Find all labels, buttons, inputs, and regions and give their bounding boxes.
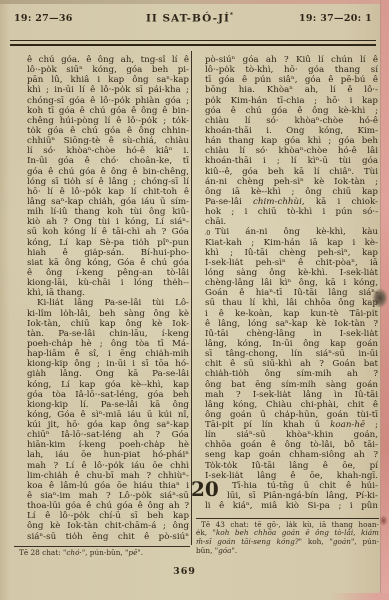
text-line: i ê ke-koàn, kap kun-tè Tāi-pi̍t <box>205 309 378 319</box>
text-line: 38khoán-thāi i. Ông kóng, Kim- <box>205 126 378 136</box>
verse-text: tī góa ê pún siâⁿ, góa ê pē-bú ê <box>205 75 378 85</box>
verse-text: poeh-cha̍p hè ; ông tòa tī Má- <box>27 339 189 349</box>
verse-text: Kiat-kah ; Kim-hán iā kap i kè- <box>205 238 378 248</box>
text-line: kúi ji̍t, hō· góa kap ông saⁿ-kap <box>27 420 189 430</box>
text-run: 19 <box>14 13 28 24</box>
text-run: m̄-sī goán tāi-seng kóng? <box>196 538 299 546</box>
text-line: ê ông í-keng pêng-an tò-lâi <box>27 268 189 278</box>
right-text-column: 20 37pò-siúⁿ góa ah ? Kiû lí chún lí êlô… <box>205 55 378 511</box>
text-line: chia̍h-tio̍h ông sím-mi̍h ah ? <box>205 369 378 379</box>
verse-text: chia̍h-tio̍h ông sím-mi̍h ah ? <box>205 369 378 379</box>
text-run: chó· <box>66 549 82 557</box>
text-line: To̍k-to̍k Iû-tāi lâng ê ōe, pí <box>205 461 378 471</box>
text-line: chiàu lí só· khòaⁿ-chòe hó-ê <box>205 116 378 126</box>
verse-text: kiong-kip ông ; in-ūi i sī tōa hó- <box>27 359 189 369</box>
text-line: ông iā kè--khì ; ông chiū kap <box>205 187 378 197</box>
verse-text: seng kap goán chham-siông ah ? <box>205 450 378 460</box>
text-run: , kā i chiok- <box>302 197 378 207</box>
text-run: 19 <box>299 13 313 24</box>
text-line: kóng, Góa ê sìⁿ-miā iáu ū kúi nî, <box>27 410 189 420</box>
verse-text: kóng, Lí kap Sè-pa tio̍h pîⁿ-pun <box>27 238 189 248</box>
text-run: Tē 28 chat: " <box>19 549 66 557</box>
text-line: Í-sek-lia̍t peh-sìⁿ ê chit-pòaⁿ, iā <box>205 258 378 268</box>
text-line: ông kè Iok-tàn chit-chām-á ; ông <box>27 521 189 531</box>
text-line: chèng-lâng lâi kìⁿ ông, kā i kóng, <box>205 278 378 288</box>
verse-text: chêng húi-pòng lí ê lô·-po̍k ; to̍k- <box>27 116 189 126</box>
text-line: kiong-kip ông ; in-ūi i sī tōa hó- <box>27 359 189 369</box>
text-line: 33gia̍h lâng. Ông kā Pa-se-lâi <box>27 369 189 379</box>
text-line: ông goán ū cha̍p-hūn, goán tùi-tī <box>205 410 378 420</box>
text-line: lâng kóng, Chiàu chi-phài, chit ê <box>205 400 378 410</box>
verse-text: góa tòa Iâ-lō·-sat-léng, góa beh <box>27 390 189 400</box>
footnote-line: e̍k, "koh beh chhōa goán ê ông tò-lâi, k… <box>196 529 379 538</box>
verse-text: hap-liām ê sî, i ēng chia̍h-mi̍h <box>27 349 189 359</box>
text-line: Tī-hia tú-tn̄g ū chi̍t ê húi- <box>205 481 378 491</box>
text-line: sū thau lí khì, lâi chhōa ông kap <box>205 298 378 308</box>
text-line: kóng, Lí kap góa kè--khì, kap <box>27 380 189 390</box>
text-line: Pa-se-lâi chim-chhùi, kā i chiok- <box>205 197 378 207</box>
text-run: ". <box>232 547 238 555</box>
text-line: khì ; Iû-tāi chèng peh-sìⁿ, kap <box>205 248 378 258</box>
page-number: 369 <box>0 566 369 577</box>
verse-text: In-ūi góa ê chó· choân-ke, tī <box>27 156 189 166</box>
text-line: sū koh kóng lí ê tāi-chì ah ? Góa <box>27 227 189 237</box>
text-line: 29kiò ah ? Ông tùi i kóng, Lí siáⁿ- <box>27 217 189 227</box>
text-line: lah, iáu ōe hun-piat hó-pháiⁿ <box>27 450 189 460</box>
verse-text: po̍k Kim-hán tī-chia ; hō· i kap <box>205 96 378 106</box>
verse-text: chèng-lâng lâi kìⁿ ông, kā i kóng, <box>205 278 378 288</box>
verse-text: lâng, kóng, In-ūi ông kap goán <box>205 339 378 349</box>
text-line: pān lû, khiâ i kap ông saⁿ-kap <box>27 75 189 85</box>
text-line: hap-liām ê sî, i ēng chia̍h-mi̍h <box>27 349 189 359</box>
verse-text: Tùi án-ni ông kè-khì, kàu <box>215 227 378 237</box>
text-line: ê lâng, lóng saⁿ-kap kè Iok-tàn ? <box>205 319 378 329</box>
text-line: poeh-cha̍p hè ; ông tòa tī Má- <box>27 339 189 349</box>
verse-text: góa ê chú góa ê ông ê bin-chêng, <box>27 167 189 177</box>
text-line: chhōa goán ê ông tò-lâi, bô tāi- <box>205 440 378 450</box>
text-line: góa tòa Iâ-lō·-sat-léng, góa beh <box>27 390 189 400</box>
text-line: 32tàn. Pa-se-lâi chin-lāu, í-keng <box>27 329 189 339</box>
text-line: li ê kiáⁿ, miâ kiò Si-pa ; i pûn <box>205 501 378 511</box>
text-line: bōng hia. Khòaⁿ ah, lí ê lô·- <box>205 85 378 95</box>
text-run: koan-hē <box>330 420 365 430</box>
right-footnote: Tē 43 chat: tē gō·, la̍k kù, iā thang ho… <box>196 518 379 556</box>
text-run: goán <box>333 538 351 546</box>
page-edge-top-tint <box>0 0 389 4</box>
text-run: ", pún- <box>351 538 379 546</box>
text-line: thoa-lūi góa ê chú góa ê ông ah ? <box>27 501 189 511</box>
verse-text: kúi ji̍t, hō· góa kap ông saⁿ-kap <box>27 420 189 430</box>
verse-text: khoán-thāi i. Ông kóng, Kim- <box>205 126 378 136</box>
text-line: 30hiah ê gia̍p-sán. Bí-hui-pho- <box>27 248 189 258</box>
verse-text: Lí ê lô·-po̍k chí-ū sī beh kap <box>27 511 189 521</box>
verse-text: khoán-thāi i ; lí kìⁿ-ū tùi góa <box>205 156 378 166</box>
verse-text: sū thau lí khì, lâi chhōa ông kap <box>205 298 378 308</box>
text-line: ki-lîm lo̍h-lâi, beh sàng ông kè <box>27 309 189 319</box>
text-line: 41lóng sàng ông kè-khì. Í-sek-lia̍t <box>205 268 378 278</box>
text-line: kiong-lāi, kù-chāi i lóng the̍h-- <box>27 278 189 288</box>
verse-text: lâng kóng, Chiàu chi-phài, chit ê <box>205 400 378 410</box>
verse-text: tàn. Pa-se-lâi chin-lāu, í-keng <box>27 329 189 339</box>
verse-text: ông iā kè--khì ; ông chiū kap <box>205 187 378 197</box>
text-run: Pa-se-lâi <box>205 197 253 207</box>
header-right-verse-range: 19: 37—20: 1 <box>299 13 372 24</box>
book-title-text: II SAT-BÓ-JÍ <box>146 13 230 25</box>
verse-text: ông goán ū cha̍p-hūn, goán tùi-tī <box>205 410 378 420</box>
verse-text: chāi. <box>205 217 226 227</box>
text-line: 35chiūⁿ Iâ-lō·-sat-léng ah ? Góa <box>27 430 189 440</box>
page-title: II SAT-BÓ-JÍ* <box>60 12 319 25</box>
verse-text: kiò ah ? Ông tùi i kóng, Lí siáⁿ- <box>27 217 189 227</box>
footnote-line: m̄-sī goán tāi-seng kóng?" koh, "goán", … <box>196 538 379 547</box>
text-line: po̍k Kim-hán tī-chia ; hō· i kap <box>205 96 378 106</box>
text-line: chāi. <box>205 217 378 227</box>
footnote-line: Tē 43 chat: tē gō·, la̍k kù, iā thang ho… <box>196 521 379 530</box>
verse-text: ki-lîm lo̍h-lâi, beh sàng ông kè <box>27 309 189 319</box>
verse-text: hán thang kap góa khì ; góa beh <box>205 136 378 146</box>
text-line: 37pò-siúⁿ góa ah ? Kiû lí chún lí ê <box>205 55 378 65</box>
header-double-rule <box>10 40 376 46</box>
verse-text: thoa-lūi góa ê chú góa ê ông ah ? <box>27 501 189 511</box>
verse-text: ê chú góa. ê ông ah, tng-sî lí ê <box>27 55 189 65</box>
verse-text: án-ni chèng peh-sìⁿ kè Iok-tàn ; <box>205 177 378 187</box>
title-footnote-mark: * <box>230 12 233 19</box>
text-line: hiān-kim í-keng poeh-cha̍p hè <box>27 440 189 450</box>
verse-text: sū koh kóng lí ê tāi-chì ah ? Góa <box>27 227 189 237</box>
verse-text: kiong-lāi, kù-chāi i lóng the̍h-- <box>27 278 189 288</box>
verse-text: góa ê chú góa ê ông kè-khì ; <box>205 106 378 116</box>
text-line: lín siáⁿ-sū khòaⁿ-khin goán, <box>205 430 378 440</box>
text-line: hō· lí ê lô·-po̍k kap lí chit-toh ê <box>27 187 189 197</box>
verse-text: i ê ke-koàn, kap kun-tè Tāi-pi̍t <box>205 309 378 319</box>
verse-text: chóng-sī góa ê lô·-po̍k phiàn góa ; <box>27 96 189 106</box>
text-line: seng kap goán chham-siông ah ? <box>205 450 378 460</box>
verse-text: Í-sek-lia̍t peh-sìⁿ ê chit-pòaⁿ, iā <box>205 258 378 268</box>
verse-text: bōng hia. Khòaⁿ ah, lí ê lô·- <box>205 85 378 95</box>
verse-text: pān lû, khiâ i kap ông saⁿ-kap <box>27 75 189 85</box>
text-line: chêng húi-pòng lí ê lô·-po̍k ; to̍k- <box>27 116 189 126</box>
text-run: Tāi-pi̍t pí lín khah ū <box>205 420 330 430</box>
text-line: chiàu lí só· khòaⁿ-chòe hó-ê lâi <box>205 146 378 156</box>
text-line: Goán ê hiaⁿ-tī Iû-tāi lâng siáⁿ- <box>205 288 378 298</box>
verse-text: Tī-hia tú-tn̄g ū chi̍t ê húi- <box>232 481 378 491</box>
verse-text: lah, iáu ōe hun-piat hó-pháiⁿ <box>27 450 189 460</box>
text-line: hok ; i chiū tò-khì i pún só·- <box>205 207 378 217</box>
text-line: mi̍h lí-iû thang koh tùi ông kiû- <box>27 207 189 217</box>
text-line: chóng-sī góa ê lô·-po̍k phiàn góa ; <box>27 96 189 106</box>
verse-text: mi̍h lí-iû thang koh tùi ông kiû- <box>27 207 189 217</box>
text-line: lūi, sī Piān-ngá-bín lâng, Pí-ki- <box>205 491 378 501</box>
verse-text: lūi, sī Piān-ngá-bín lâng, Pí-ki- <box>227 491 378 501</box>
ink-stain-small <box>379 515 388 526</box>
text-line: koa ê lâm-lú góa ōe hiáu thiaⁿ i <box>27 481 189 491</box>
text-line: ê chú góa. ê ông ah, tng-sî lí ê <box>27 55 189 65</box>
text-line: 43mah ? Í-sek-lia̍t lâng ìn Iû-tāi <box>205 390 378 400</box>
verse-text: lí só· khòaⁿ-chòe hó-ê kiâⁿ i. <box>27 146 189 156</box>
verse-text: chiūⁿ Iâ-lō·-sat-léng ah ? Góa <box>27 430 189 440</box>
verse-text: hō· lí ê lô·-po̍k kap lí chit-toh ê <box>27 187 189 197</box>
verse-text: ông bat ēng sím-mi̍h sàng goán <box>205 380 378 390</box>
text-run: : 1 <box>358 13 372 24</box>
verse-text: Iok-tàn, chiū kap ông kè Iok- <box>27 319 189 329</box>
verse-text: ê siaⁿ-im mah ? Lô·-po̍k siáⁿ-sū <box>27 491 189 501</box>
text-run: góa <box>218 547 231 555</box>
text-line: Kiat-kah ; Kim-hán iā kap i kè- <box>205 238 378 248</box>
verse-text: kóng, Lí kap góa kè--khì, kap <box>27 380 189 390</box>
text-line: Tāi-pi̍t pí lín khah ū koan-hē ; <box>205 420 378 430</box>
verse-text: hok ; i chiū tò-khì i pún só·- <box>205 207 378 217</box>
text-line: Í-sek-lia̍t lâng ê ōe, khah-ngī. <box>205 471 378 481</box>
text-line: mah ? Lí ê lô·-po̍k iáu ōe chhì <box>27 461 189 471</box>
verse-text: lóng sī tio̍h sí ê lâng ; chóng-sī lí <box>27 177 189 187</box>
verse-text: kiû--ê, góa beh kā lí chiâⁿ. Tùi <box>205 167 378 177</box>
text-line: ông bat ēng sím-mi̍h sàng goán <box>205 380 378 390</box>
text-line: 31Ki-lia̍t lâng Pa-se-lâi tùi Lô- <box>27 298 189 308</box>
verse-text: khì ; Iû-tāi chèng peh-sìⁿ, kap <box>205 248 378 258</box>
verse-text: khì, iā thang. <box>27 288 85 298</box>
verse-text: kiong-kip lí. Pa-se-lâi kā ông <box>27 400 189 410</box>
verse-text: lín siáⁿ-sū khòaⁿ-khin goán, <box>205 430 378 440</box>
verse-text: lim-chia̍h ê chu-bī mah ? chhiùⁿ- <box>27 471 189 481</box>
verse-text: Ki-lia̍t lâng Pa-se-lâi tùi Lô- <box>37 298 189 308</box>
verse-text: lâng saⁿ-kap chia̍h, góa iáu ū sím- <box>27 197 189 207</box>
verse-text: gia̍h lâng. Ông kā Pa-se-lâi <box>27 369 189 379</box>
footnote-line: Tē 28 chat: "chó·", pún-bûn, "pē". <box>14 549 190 558</box>
verse-text: chhōa goán ê ông tò-lâi, bô tāi- <box>205 440 378 450</box>
text-line: 27koh tī góa ê chú góa ê ông ê bin- <box>27 106 189 116</box>
text-line: khì, iā thang. <box>27 288 189 298</box>
text-line: 42Iû-tāi chèng-lâng ìn Í-sek-lia̍t <box>205 329 378 339</box>
text-line: 28In-ūi góa ê chó· choân-ke, tī <box>27 156 189 166</box>
text-run: bûn, " <box>196 547 218 555</box>
text-line: lí só· khòaⁿ-chòe hó-ê kiâⁿ i. <box>27 146 189 156</box>
text-run: chim-chhùi <box>253 197 302 207</box>
text-line: 40Tùi án-ni ông kè-khì, kàu <box>205 227 378 237</box>
verse-text: chhiūⁿ Siōng-tè ê sù-chiá, chiàu <box>27 136 189 146</box>
verse-text: siat kā ông kóng, Góa ê chú góa <box>27 258 189 268</box>
text-line: sī tâng-chong, lín siáⁿ-sū in-ūi <box>205 349 378 359</box>
verse-text: mah ? Lí ê lô·-po̍k iáu ōe chhì <box>27 461 189 471</box>
verse-text: Goán ê hiaⁿ-tī Iû-tāi lâng siáⁿ- <box>205 288 378 298</box>
verse-text: sī tâng-chong, lín siáⁿ-sū in-ūi <box>205 349 378 359</box>
text-line: 34kiong-kip lí. Pa-se-lâi kā ông <box>27 400 189 410</box>
verse-text: chiàu lí só· khòaⁿ-chòe hó-ê <box>205 116 378 126</box>
text-line: khì ; in-ūi lí ê lô·-po̍k sī pái-kha ; <box>27 85 189 95</box>
verse-text: ê ông í-keng pêng-an tò-lâi <box>27 268 189 278</box>
text-line: 39kiû--ê, góa beh kā lí chiâⁿ. Tùi <box>205 167 378 177</box>
text-line: lóng sī tio̍h sí ê lâng ; chóng-sī lí <box>27 177 189 187</box>
verse-text: khì ; in-ūi lí ê lô·-po̍k sī pái-kha ; <box>27 85 189 95</box>
text-line: to̍k góa ê chú góa ê ông chhin- <box>27 126 189 136</box>
text-run: ; <box>365 420 378 430</box>
text-line: chit ê sū siū-khì ah ? Goán bat <box>205 359 378 369</box>
text-run: Tē 43 chat: tē gō·, la̍k kù, iā thang ho… <box>201 521 379 529</box>
text-line: 36Lí ê lô·-po̍k chí-ū sī beh kap <box>27 511 189 521</box>
text-line: kóng, Lí kap Sè-pa tio̍h pîⁿ-pun <box>27 238 189 248</box>
verse-text: pò-siúⁿ góa ah ? Kiû lí chún lí ê <box>205 55 378 65</box>
text-line: khoán-thāi i ; lí kìⁿ-ū tùi góa <box>205 156 378 166</box>
verse-text: Tāi-pi̍t pí lín khah ū koan-hē ; <box>205 420 378 430</box>
verse-text: siáⁿ-sū tio̍h ēng chit ê pò-siúⁿ <box>27 532 189 542</box>
verse-number: 40 <box>205 228 210 237</box>
verse-text: lóng sàng ông kè-khì. Í-sek-lia̍t <box>205 268 378 278</box>
verse-text: hiah ê gia̍p-sán. Bí-hui-pho- <box>27 248 189 258</box>
verse-text: koa ê lâm-lú góa ōe hiáu thiaⁿ i <box>27 481 189 491</box>
text-run: ". <box>137 549 143 557</box>
page-edge-bottom-tint <box>329 593 389 600</box>
book-page: { "colors": { "paper": "#d5cbae", "ink":… <box>0 0 389 600</box>
text-line: chhiūⁿ Siōng-tè ê sù-chiá, chiàu <box>27 136 189 146</box>
text-run: 20 <box>344 13 358 24</box>
text-line: Iok-tàn, chiū kap ông kè Iok- <box>27 319 189 329</box>
verse-text: kóng, Góa ê sìⁿ-miā iáu ū kúi nî, <box>27 410 189 420</box>
verse-text: hiān-kim í-keng poeh-cha̍p hè <box>27 440 189 450</box>
verse-text: Pa-se-lâi chim-chhùi, kā i chiok- <box>205 197 378 207</box>
text-run: : 37— <box>313 13 344 24</box>
text-line: lâng, kóng, In-ūi ông kap goán <box>205 339 378 349</box>
verse-text: mah ? Í-sek-lia̍t lâng ìn Iû-tāi <box>205 390 378 400</box>
verse-text: lô·-po̍k tò-khì, hō· góa thang sí <box>205 65 378 75</box>
text-line: hán thang kap góa khì ; góa beh <box>205 136 378 146</box>
verse-text: to̍k góa ê chú góa ê ông chhin- <box>27 126 189 136</box>
text-line: siat kā ông kóng, Góa ê chú góa <box>27 258 189 268</box>
verse-text: ông kè Iok-tàn chit-chām-á ; ông <box>27 521 189 531</box>
text-run: e̍k, " <box>196 529 216 537</box>
text-line: siáⁿ-sū tio̍h ēng chit ê pò-siúⁿ <box>27 532 189 542</box>
text-line: án-ni chèng peh-sìⁿ kè Iok-tàn ; <box>205 177 378 187</box>
text-line: góa ê chú góa ê ông ê bin-chêng, <box>27 167 189 177</box>
text-run: koh beh chhōa goán ê ông tò-lâi, kiám <box>216 529 379 537</box>
text-line: lô·-po̍k siūⁿ kóng, góa beh pi- <box>27 65 189 75</box>
text-line: ê siaⁿ-im mah ? Lô·-po̍k siáⁿ-sū <box>27 491 189 501</box>
text-line: tī góa ê pún siâⁿ, góa ê pē-bú ê <box>205 75 378 85</box>
text-line: lâng saⁿ-kap chia̍h, góa iáu ū sím- <box>27 197 189 207</box>
text-run: " koh, " <box>299 538 333 546</box>
verse-text: To̍k-to̍k Iû-tāi lâng ê ōe, pí <box>205 461 378 471</box>
verse-text: ê lâng, lóng saⁿ-kap kè Iok-tàn ? <box>205 319 378 329</box>
footnote-line: bûn, "góa". <box>196 547 379 556</box>
left-footnote: Tē 28 chat: "chó·", pún-bûn, "pē". <box>14 546 190 557</box>
verse-text: Í-sek-lia̍t lâng ê ōe, khah-ngī. <box>205 471 378 481</box>
text-line: góa ê chú góa ê ông kè-khì ; <box>205 106 378 116</box>
verse-text: Iû-tāi chèng-lâng ìn Í-sek-lia̍t <box>205 329 378 339</box>
column-divider <box>191 51 192 545</box>
text-line: lô·-po̍k tò-khì, hō· góa thang sí <box>205 65 378 75</box>
left-text-column: ê chú góa. ê ông ah, tng-sî lí êlô·-po̍k… <box>27 55 189 542</box>
verse-text: chiàu lí só· khòaⁿ-chòe hó-ê lâi <box>205 146 378 156</box>
text-line: lim-chia̍h ê chu-bī mah ? chhiùⁿ- <box>27 471 189 481</box>
verse-text: koh tī góa ê chú góa ê ông ê bin- <box>27 106 189 116</box>
verse-text: chit ê sū siū-khì ah ? Goán bat <box>205 359 378 369</box>
verse-text: li ê kiáⁿ, miâ kiò Si-pa ; i pûn <box>205 501 378 511</box>
verse-text: lô·-po̍k siūⁿ kóng, góa beh pi- <box>27 65 189 75</box>
text-run: ", pún-bûn, " <box>82 549 129 557</box>
